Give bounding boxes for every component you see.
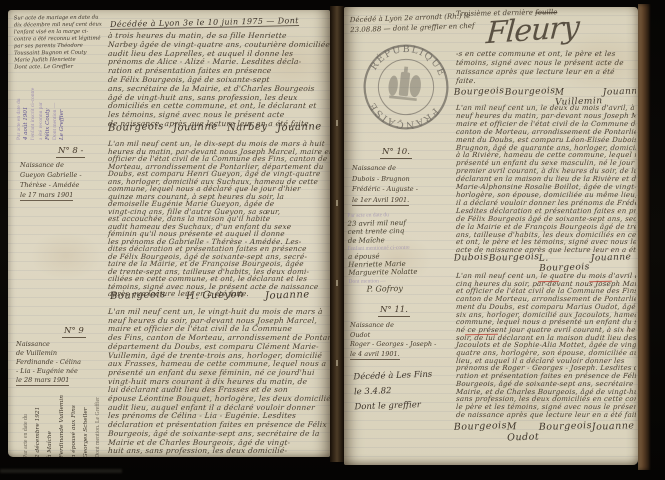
entry-number-10: N° 10.	[380, 147, 412, 159]
binding-gutter	[330, 6, 344, 462]
table-surface-glint	[0, 469, 122, 473]
death-mention-lyon: Décédée à Lyon 3e le 10 juin 1975 — Dont	[110, 16, 299, 30]
annotation-line: Décédé à Les Fins	[353, 368, 432, 386]
signature: Jouanne	[592, 420, 635, 443]
margin-title-line: - Lia - Eugénie née	[16, 367, 108, 376]
margin-title-line: Naissance de	[20, 160, 108, 170]
entry8-margin-title: Naissance deGueyon Gabrielle -Thérèse - …	[20, 160, 108, 201]
act-line: faite.	[456, 76, 624, 85]
marriage-stamp-dark: Par acte en date du2 décembre 1921à Maîc…	[20, 378, 106, 457]
act-line: de naissance après que lecture leur en a…	[456, 412, 636, 420]
act10-signatures: DuboisBourgeoisL. BourgeoisJouanne	[454, 253, 632, 273]
act7-body: à trois heures du matin, de sa fille Hen…	[108, 32, 330, 129]
entry-number-8: N° 8 -	[56, 146, 85, 158]
margin-title-line: Thérèse - Amédée	[20, 180, 108, 190]
stamp-line: Dont mention. Le Greffier	[92, 378, 104, 457]
stamp-line: Dont mention —	[52, 74, 59, 140]
margin-title-line: Naissance	[16, 340, 108, 349]
margin-title-line: de Vuillemin	[16, 349, 108, 358]
mention-note-line: Dont acte. Le Greffier	[14, 64, 108, 72]
margin-title-line: le 17 mars 1901	[20, 190, 73, 201]
stamp-line: Le Greffier	[59, 74, 66, 140]
entry11-margin-title: Naissance deOudotRoger - Georges - Josep…	[350, 321, 452, 360]
act10-body: L'an mil neuf cent un, le deux du mois d…	[456, 105, 636, 255]
margin-title-line: Oudot	[350, 331, 452, 341]
left-text-column: Décédée à Lyon 3e le 10 juin 1975 — Dont…	[106, 10, 330, 457]
stamp-line: Félix Couty	[45, 74, 52, 140]
signature: Bourgeois	[488, 252, 539, 274]
signature: Bourgeois	[539, 420, 593, 444]
marriage-mention-note: Sur acte de mariage en date dudix décemb…	[14, 15, 109, 72]
entry-number-11: N° 11.	[378, 305, 410, 317]
marriage-stamp-faded: Par acte en date du23 avril mil neufcent…	[347, 210, 454, 294]
signature: M Oudot	[507, 420, 540, 443]
signature: Bourgeois	[454, 420, 508, 444]
entry10-margin-title: Naissance deDubois - BrugnonFrédéric - A…	[352, 163, 452, 206]
stamp-line: Par acte en date du	[20, 378, 32, 457]
margin-title-line: Naissance de	[350, 321, 452, 331]
act11-signatures: BourgeoisM OudotBourgeoisJouanne	[454, 421, 634, 443]
entry-number-9: N° 9	[62, 326, 86, 338]
signature: Bourgeois	[110, 289, 166, 302]
right-page: Décédé à Lyon 2e arrondt (Rh.) le23.08.8…	[344, 7, 638, 465]
margin-title-line: le 4 avril 1901.	[350, 350, 400, 361]
death-mention-les-fins: Décédé à Les Finsle 3.4.82Dont le greffi…	[353, 368, 433, 416]
signature: Jouanne	[591, 252, 632, 273]
signature: L. Bourgeois	[539, 252, 592, 274]
signature: Jouanne	[277, 121, 322, 134]
margin-title-line: Frédéric - Auguste -	[352, 184, 452, 195]
act11-body: L'an mil neuf cent un, le quatre du mois…	[456, 273, 636, 419]
left-page: Sur acte de mariage en date dudix décemb…	[8, 10, 330, 457]
act-line: naissance après que lecture leur en a ét…	[456, 67, 624, 76]
signature: Dubois	[454, 252, 489, 273]
seal-emblem	[387, 65, 422, 101]
act8-body: L'an mil neuf cent un, le dix-sept du mo…	[108, 140, 330, 298]
stamp-line: Georges Scheller	[80, 378, 92, 457]
stamp-line: Ferdinande Vuillemin	[56, 378, 68, 457]
seal-bottom-text: FRANÇAISE	[365, 99, 442, 134]
margin-title-line: le 1er Avril 1901.	[352, 195, 409, 207]
stamp-line: l'enfant inscrit ci-contre	[30, 74, 37, 140]
act-line: témoins, signé avec nous le présent acte…	[456, 58, 624, 67]
stamp-line: 2 décembre 1921	[32, 378, 44, 457]
margin-title-line: Dubois - Brugnon	[352, 174, 452, 185]
signature: H. Gueyon	[186, 289, 244, 302]
act9-body: L'an mil neuf cent un, le vingt-huit du …	[108, 308, 330, 456]
recognition-stamp-purple: Par acte en date du4 août 1901l'enfant i…	[16, 74, 70, 140]
signature: Bourgeois	[108, 121, 164, 134]
stamp-line: a été reconnu par	[38, 74, 45, 140]
annotation-line: Dont le greffier	[354, 398, 433, 416]
margin-title-line: Naissance de	[352, 163, 452, 174]
act7-signatures: BourgeoisJouanneNarbeyJouanne	[108, 122, 322, 133]
margin-title-line: Ferdinande - Célina	[16, 358, 108, 367]
margin-title-line: Roger - Georges - Joseph -	[350, 340, 452, 350]
right-text-column: -s en cette commune et ont, le père et l…	[454, 7, 636, 465]
stamp-line: à Maîche	[44, 378, 56, 457]
republique-francaise-seal: RÉPUBLIQUE FRANÇAISE	[355, 36, 456, 137]
page-block-edge	[638, 4, 651, 470]
act8-signatures: BourgeoisH. GueyonJouanne	[110, 290, 310, 301]
signature: Narbey	[227, 121, 268, 133]
act-line: -s en cette commune et ont, le père et l…	[456, 49, 624, 58]
signature: Jouanne	[265, 289, 310, 302]
signature: Jouanne	[173, 121, 218, 134]
svg-text:FRANÇAISE: FRANÇAISE	[365, 99, 442, 134]
stamp-line: a épousé aux Fins	[68, 378, 80, 457]
registry-scan-photo: Sur acte de mariage en date dudix décemb…	[0, 0, 665, 480]
margin-title-line: Gueyon Gabrielle -	[20, 170, 108, 180]
act9-continuation: -s en cette commune et ont, le père et l…	[456, 49, 624, 85]
act-line: huit ans, sans profession, les deux domi…	[108, 447, 330, 456]
